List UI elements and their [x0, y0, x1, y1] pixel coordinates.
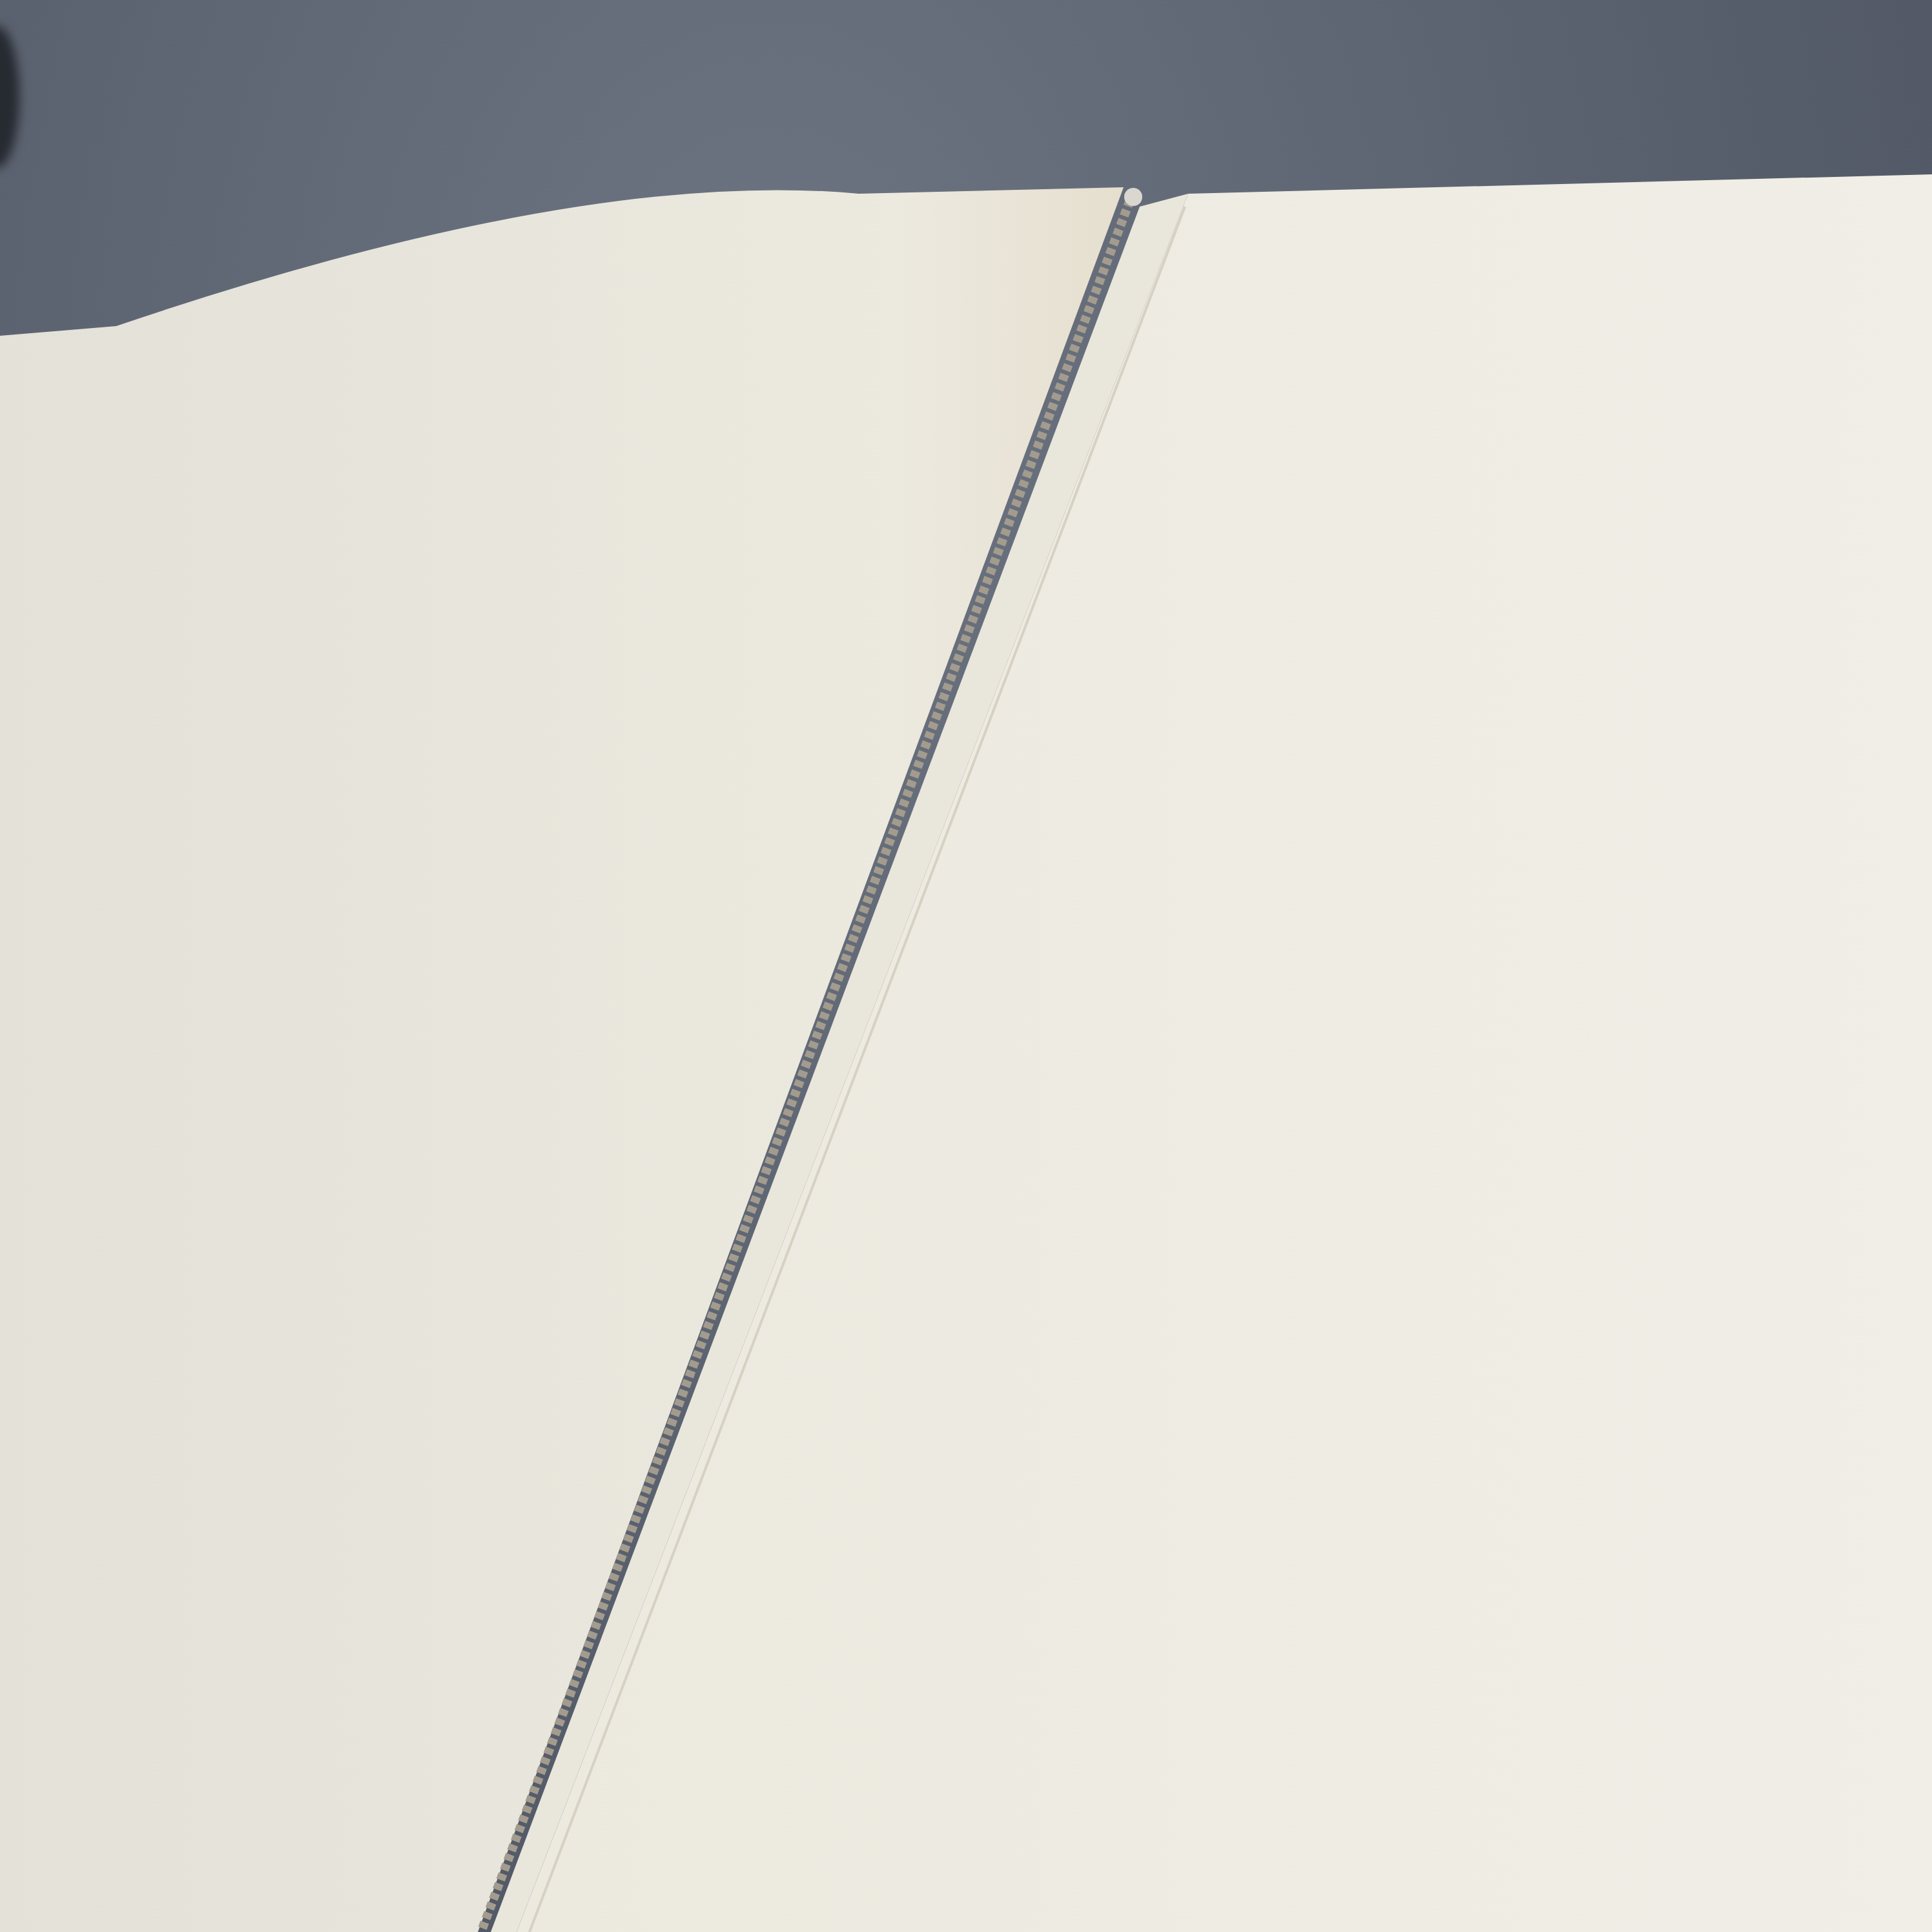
notebook [0, 0, 1932, 1932]
stitch-knot [1124, 188, 1142, 206]
photo-scene [0, 0, 1932, 1932]
